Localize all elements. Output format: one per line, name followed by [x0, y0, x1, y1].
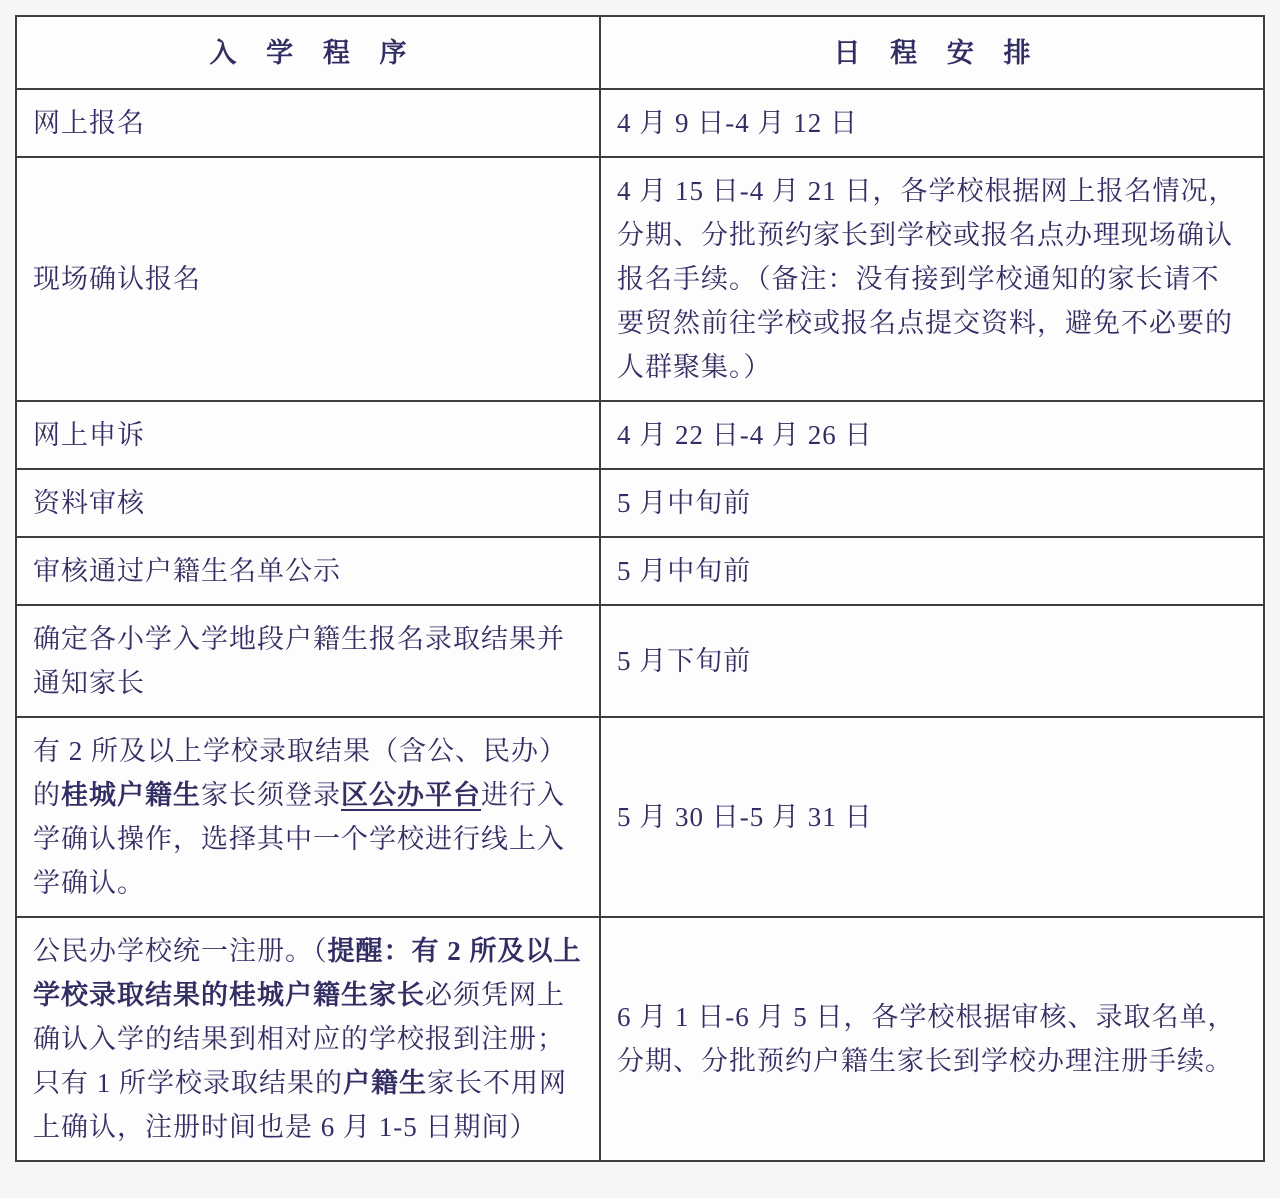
schedule-table-body: 网上报名 4 月 9 日-4 月 12 日 现场确认报名 4 月 15 日-4 …: [16, 89, 1264, 1161]
procedure-cell: 现场确认报名: [16, 157, 600, 401]
table-row: 公民办学校统一注册。（提醒：有 2 所及以上学校录取结果的桂城户籍生家长必须凭网…: [16, 917, 1264, 1161]
header-procedure: 入学程序: [16, 16, 600, 89]
header-procedure-label: 入学程序: [209, 38, 436, 68]
procedure-cell: 公民办学校统一注册。（提醒：有 2 所及以上学校录取结果的桂城户籍生家长必须凭网…: [16, 917, 600, 1161]
header-row: 入学程序 日程安排: [16, 16, 1264, 89]
table-row: 网上报名 4 月 9 日-4 月 12 日: [16, 89, 1264, 157]
header-schedule: 日程安排: [600, 16, 1264, 89]
procedure-cell: 确定各小学入学地段户籍生报名录取结果并通知家长: [16, 605, 600, 717]
table-row: 现场确认报名 4 月 15 日-4 月 21 日，各学校根据网上报名情况，分期、…: [16, 157, 1264, 401]
header-schedule-label: 日程安排: [833, 38, 1060, 68]
table-row: 资料审核 5 月中旬前: [16, 469, 1264, 537]
procedure-cell: 网上报名: [16, 89, 600, 157]
schedule-cell: 5 月 30 日-5 月 31 日: [600, 717, 1264, 917]
procedure-cell: 网上申诉: [16, 401, 600, 469]
table-row: 审核通过户籍生名单公示 5 月中旬前: [16, 537, 1264, 605]
schedule-cell: 5 月中旬前: [600, 469, 1264, 537]
schedule-cell: 6 月 1 日-6 月 5 日，各学校根据审核、录取名单，分期、分批预约户籍生家…: [600, 917, 1264, 1161]
schedule-cell: 5 月下旬前: [600, 605, 1264, 717]
procedure-cell: 审核通过户籍生名单公示: [16, 537, 600, 605]
schedule-cell: 4 月 15 日-4 月 21 日，各学校根据网上报名情况，分期、分批预约家长到…: [600, 157, 1264, 401]
page-background: 入学程序 日程安排 网上报名 4 月 9 日-4 月 12 日 现场确认报名 4…: [0, 0, 1280, 1198]
schedule-table: 入学程序 日程安排 网上报名 4 月 9 日-4 月 12 日 现场确认报名 4…: [15, 15, 1265, 1162]
procedure-cell: 有 2 所及以上学校录取结果（含公、民办）的桂城户籍生家长须登录区公办平台进行入…: [16, 717, 600, 917]
schedule-cell: 4 月 22 日-4 月 26 日: [600, 401, 1264, 469]
table-row: 有 2 所及以上学校录取结果（含公、民办）的桂城户籍生家长须登录区公办平台进行入…: [16, 717, 1264, 917]
schedule-cell: 4 月 9 日-4 月 12 日: [600, 89, 1264, 157]
schedule-cell: 5 月中旬前: [600, 537, 1264, 605]
table-row: 确定各小学入学地段户籍生报名录取结果并通知家长 5 月下旬前: [16, 605, 1264, 717]
table-row: 网上申诉 4 月 22 日-4 月 26 日: [16, 401, 1264, 469]
procedure-cell: 资料审核: [16, 469, 600, 537]
